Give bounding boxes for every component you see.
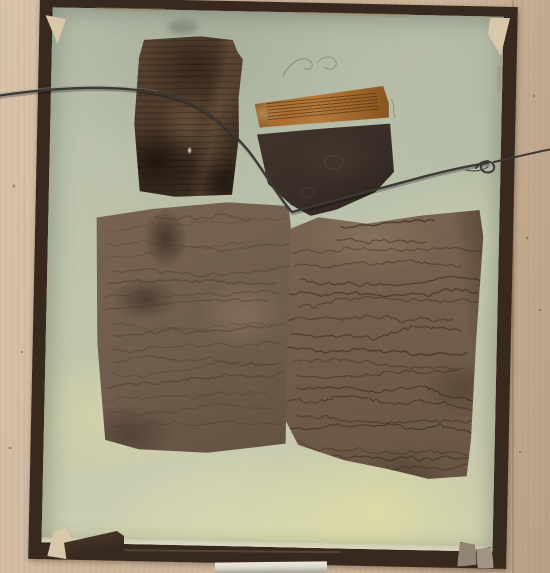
tab-bottom-right	[457, 542, 477, 567]
left-manuscript-page	[94, 201, 295, 455]
handwriting-ink	[94, 201, 295, 455]
tab-bottom-right	[476, 547, 494, 569]
pencil-mark	[168, 20, 198, 34]
fragment-top-left	[129, 35, 246, 198]
frame-scuff	[497, 66, 501, 92]
bottom-grey-object	[215, 561, 327, 573]
framed-manuscripts-photo	[0, 0, 550, 573]
